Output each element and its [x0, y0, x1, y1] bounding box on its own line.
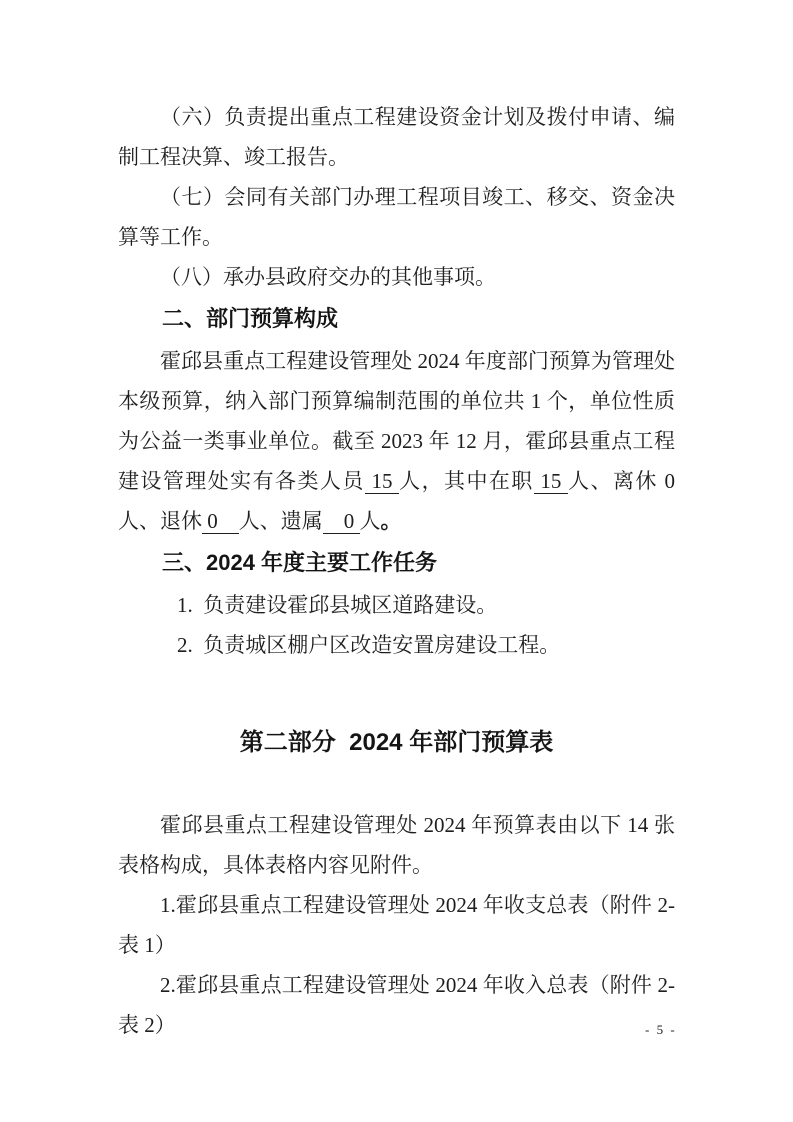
paragraph-budget-composition: 霍邱县重点工程建设管理处 2024 年度部门预算为管理处本级预算，纳入部门预算编… — [118, 341, 675, 541]
attachment-item-2: 2.霍邱县重点工程建设管理处 2024 年收入总表（附件 2-表 2） — [118, 965, 675, 1045]
text-segment: 人 — [360, 509, 381, 533]
task-item-1: 1. 负责建设霍邱县城区道路建设。 — [118, 585, 675, 625]
document-page: （六）负责提出重点工程建设资金计划及拨付申请、编制工程决算、竣工报告。 （七）会… — [0, 0, 793, 1122]
text-segment: 人，其中在职 — [399, 469, 534, 493]
underlined-staff-total: 15 — [365, 469, 399, 494]
paragraph-duty-8: （八）承办县政府交办的其他事项。 — [118, 257, 675, 297]
heading-main-tasks: 三、2024 年度主要工作任务 — [118, 543, 675, 583]
paragraph-duty-6: （六）负责提出重点工程建设资金计划及拨付申请、编制工程决算、竣工报告。 — [118, 97, 675, 177]
attachment-item-1: 1.霍邱县重点工程建设管理处 2024 年收支总表（附件 2-表 1） — [118, 885, 675, 965]
paragraph-duty-7: （七）会同有关部门办理工程项目竣工、移交、资金决算等工作。 — [118, 177, 675, 257]
underlined-staff-retired: 0 — [202, 509, 239, 534]
task-item-2: 2. 负责城区棚户区改造安置房建设工程。 — [118, 625, 675, 665]
underlined-staff-active: 15 — [534, 469, 568, 494]
paragraph-part2-intro: 霍邱县重点工程建设管理处 2024 年预算表由以下 14 张表格构成，具体表格内… — [118, 805, 675, 885]
text-segment: 人、遗属 — [239, 509, 323, 533]
part2-title: 第二部分 2024 年部门预算表 — [118, 723, 675, 763]
page-number: - 5 - — [645, 1022, 677, 1038]
underlined-staff-survivors: 0 — [323, 509, 360, 534]
bold-period: 。 — [381, 509, 402, 533]
heading-budget-composition: 二、部门预算构成 — [118, 299, 675, 339]
